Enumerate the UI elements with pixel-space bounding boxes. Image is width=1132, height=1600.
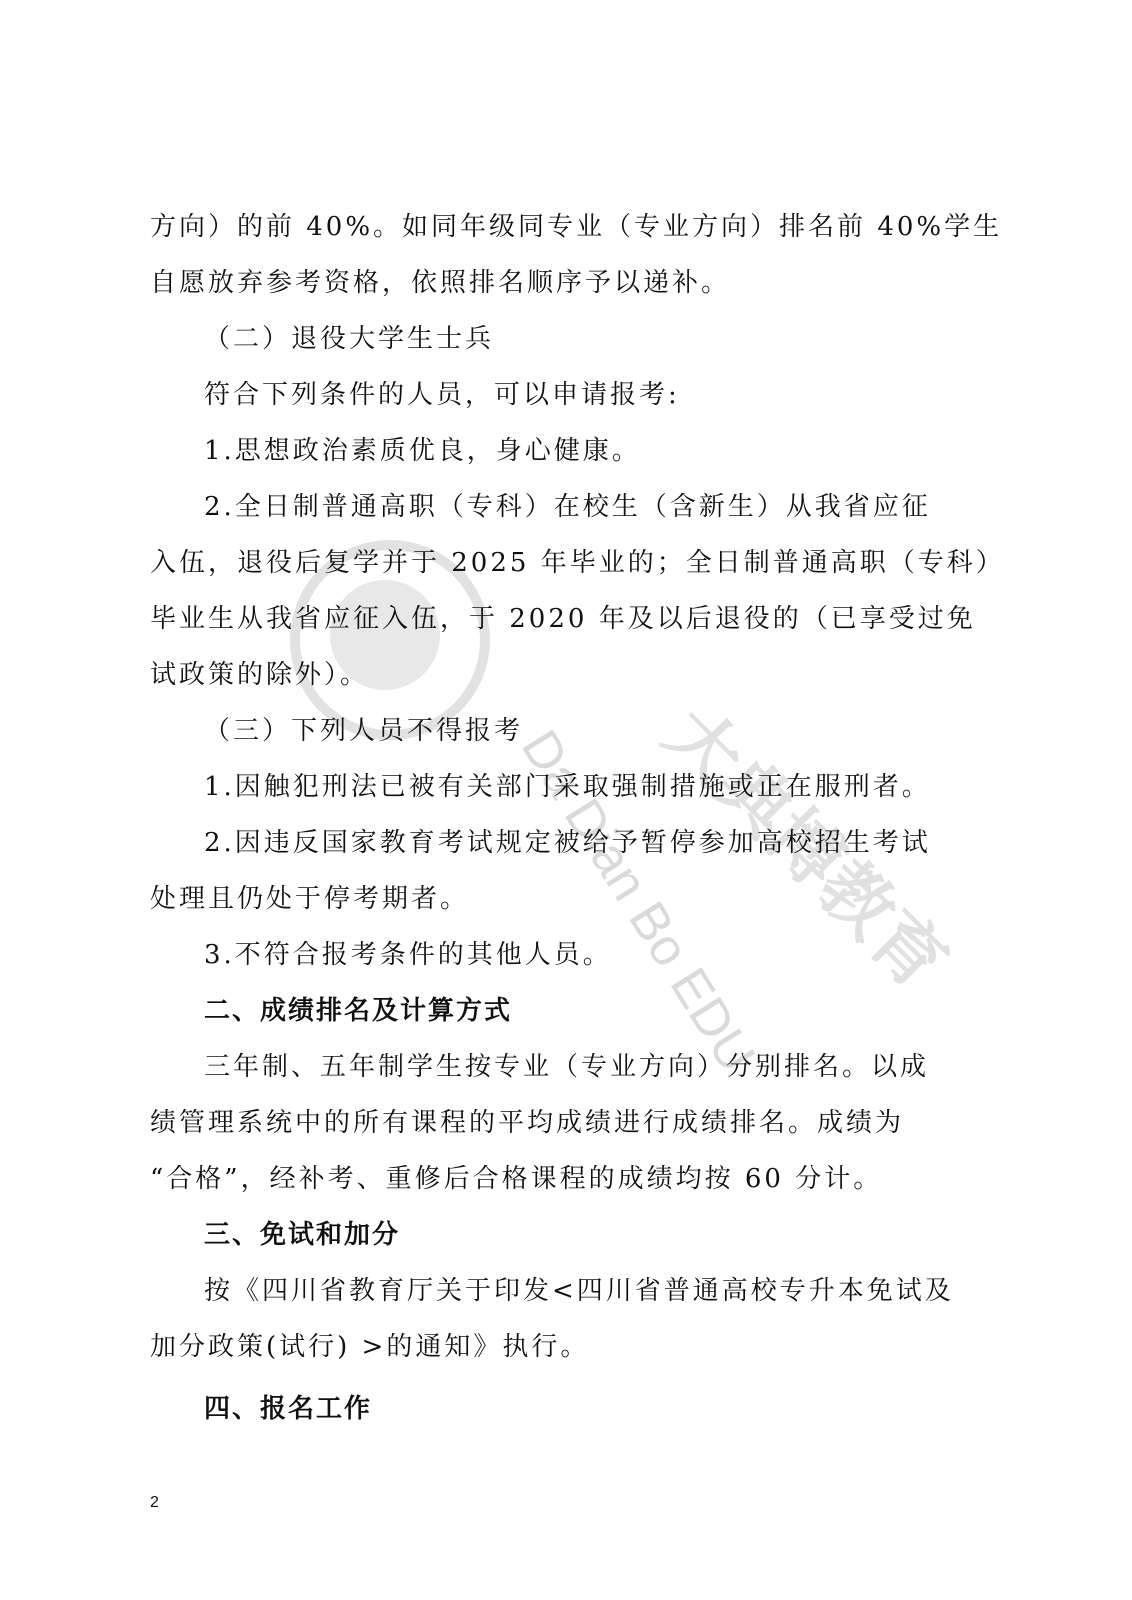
section-heading: 二、成绩排名及计算方式 bbox=[204, 994, 512, 1028]
paragraph-line: 按《四川省教育厅关于印发<四川省普通高校专升本免试及 bbox=[204, 1274, 954, 1308]
paragraph-line: 入伍，退役后复学并于 2025 年毕业的；全日制普通高职（专科） bbox=[150, 546, 1005, 580]
paragraph-line: 加分政策(试行) >的通知》执行。 bbox=[150, 1330, 589, 1364]
section-heading: 三、免试和加分 bbox=[204, 1218, 400, 1252]
paragraph-line: 毕业生从我省应征入伍，于 2020 年及以后退役的（已享受过免 bbox=[150, 602, 976, 636]
list-item: 2.全日制普通高职（专科）在校生（含新生）从我省应征 bbox=[204, 490, 931, 524]
page-number: 2 bbox=[150, 1494, 159, 1512]
list-item: 2.因违反国家教育考试规定被给予暂停参加高校招生考试 bbox=[204, 826, 931, 860]
subsection-title: （二）退役大学生士兵 bbox=[204, 322, 494, 356]
paragraph-line: 绩管理系统中的所有课程的平均成绩进行成绩排名。成绩为 bbox=[150, 1106, 904, 1140]
paragraph-line: 符合下列条件的人员，可以申请报考: bbox=[204, 378, 680, 412]
list-item: 3.不符合报考条件的其他人员。 bbox=[204, 938, 612, 972]
paragraph-line: 自愿放弃参考资格，依照排名顺序予以递补。 bbox=[150, 266, 730, 300]
document-page: Da Dian Bo EDU 大典博教育 方向）的前 40%。如同年级同专业（专… bbox=[0, 0, 1132, 1600]
list-item: 1.因触犯刑法已被有关部门采取强制措施或正在服刑者。 bbox=[204, 770, 931, 804]
subsection-title: （三）下列人员不得报考 bbox=[204, 714, 523, 748]
section-heading: 四、报名工作 bbox=[204, 1392, 372, 1426]
paragraph-line: “合格”，经补考、重修后合格课程的成绩均按 60 分计。 bbox=[150, 1162, 882, 1196]
paragraph-line: 方向）的前 40%。如同年级同专业（专业方向）排名前 40%学生 bbox=[150, 210, 1002, 244]
list-item: 1.思想政治素质优良，身心健康。 bbox=[204, 434, 641, 468]
paragraph-line: 处理且仍处于停考期者。 bbox=[150, 882, 469, 916]
paragraph-line: 三年制、五年制学生按专业（专业方向）分别排名。以成 bbox=[204, 1050, 929, 1084]
paragraph-line: 试政策的除外）。 bbox=[150, 658, 369, 692]
